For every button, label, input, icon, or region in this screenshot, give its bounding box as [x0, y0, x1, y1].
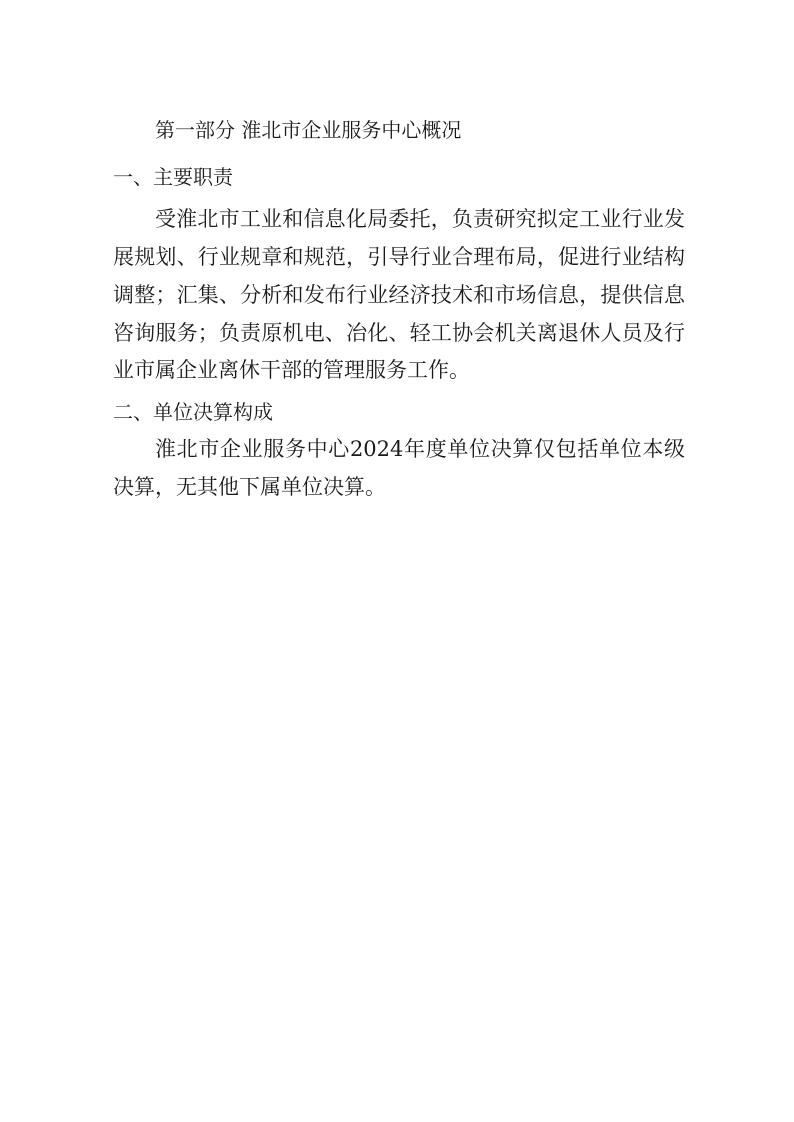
- paragraph-line: 决算，无其他下属单位决算。: [113, 475, 685, 499]
- paragraph-line: 淮北市企业服务中心2024年度单位决算仅包括单位本级: [155, 437, 685, 461]
- paragraph-line: 咨询服务；负责原机电、冶化、轻工协会机关离退休人员及行: [113, 321, 685, 345]
- paragraph-line: 业市属企业离休干部的管理服务工作。: [113, 358, 685, 382]
- paragraph-line: 调整；汇集、分析和发布行业经济技术和市场信息，提供信息: [113, 283, 685, 307]
- section-heading-main-duties: 一、主要职责: [113, 165, 233, 189]
- paragraph-line: 受淮北市工业和信息化局委托，负责研究拟定工业行业发: [155, 207, 685, 231]
- document-page: 第一部分 淮北市企业服务中心概况 一、主要职责 受淮北市工业和信息化局委托，负责…: [0, 0, 794, 1122]
- paragraph-line: 展规划、行业规章和规范，引导行业合理布局，促进行业结构: [113, 245, 685, 269]
- section-heading-budget-composition: 二、单位决算构成: [113, 400, 273, 424]
- part-title: 第一部分 淮北市企业服务中心概况: [155, 118, 461, 142]
